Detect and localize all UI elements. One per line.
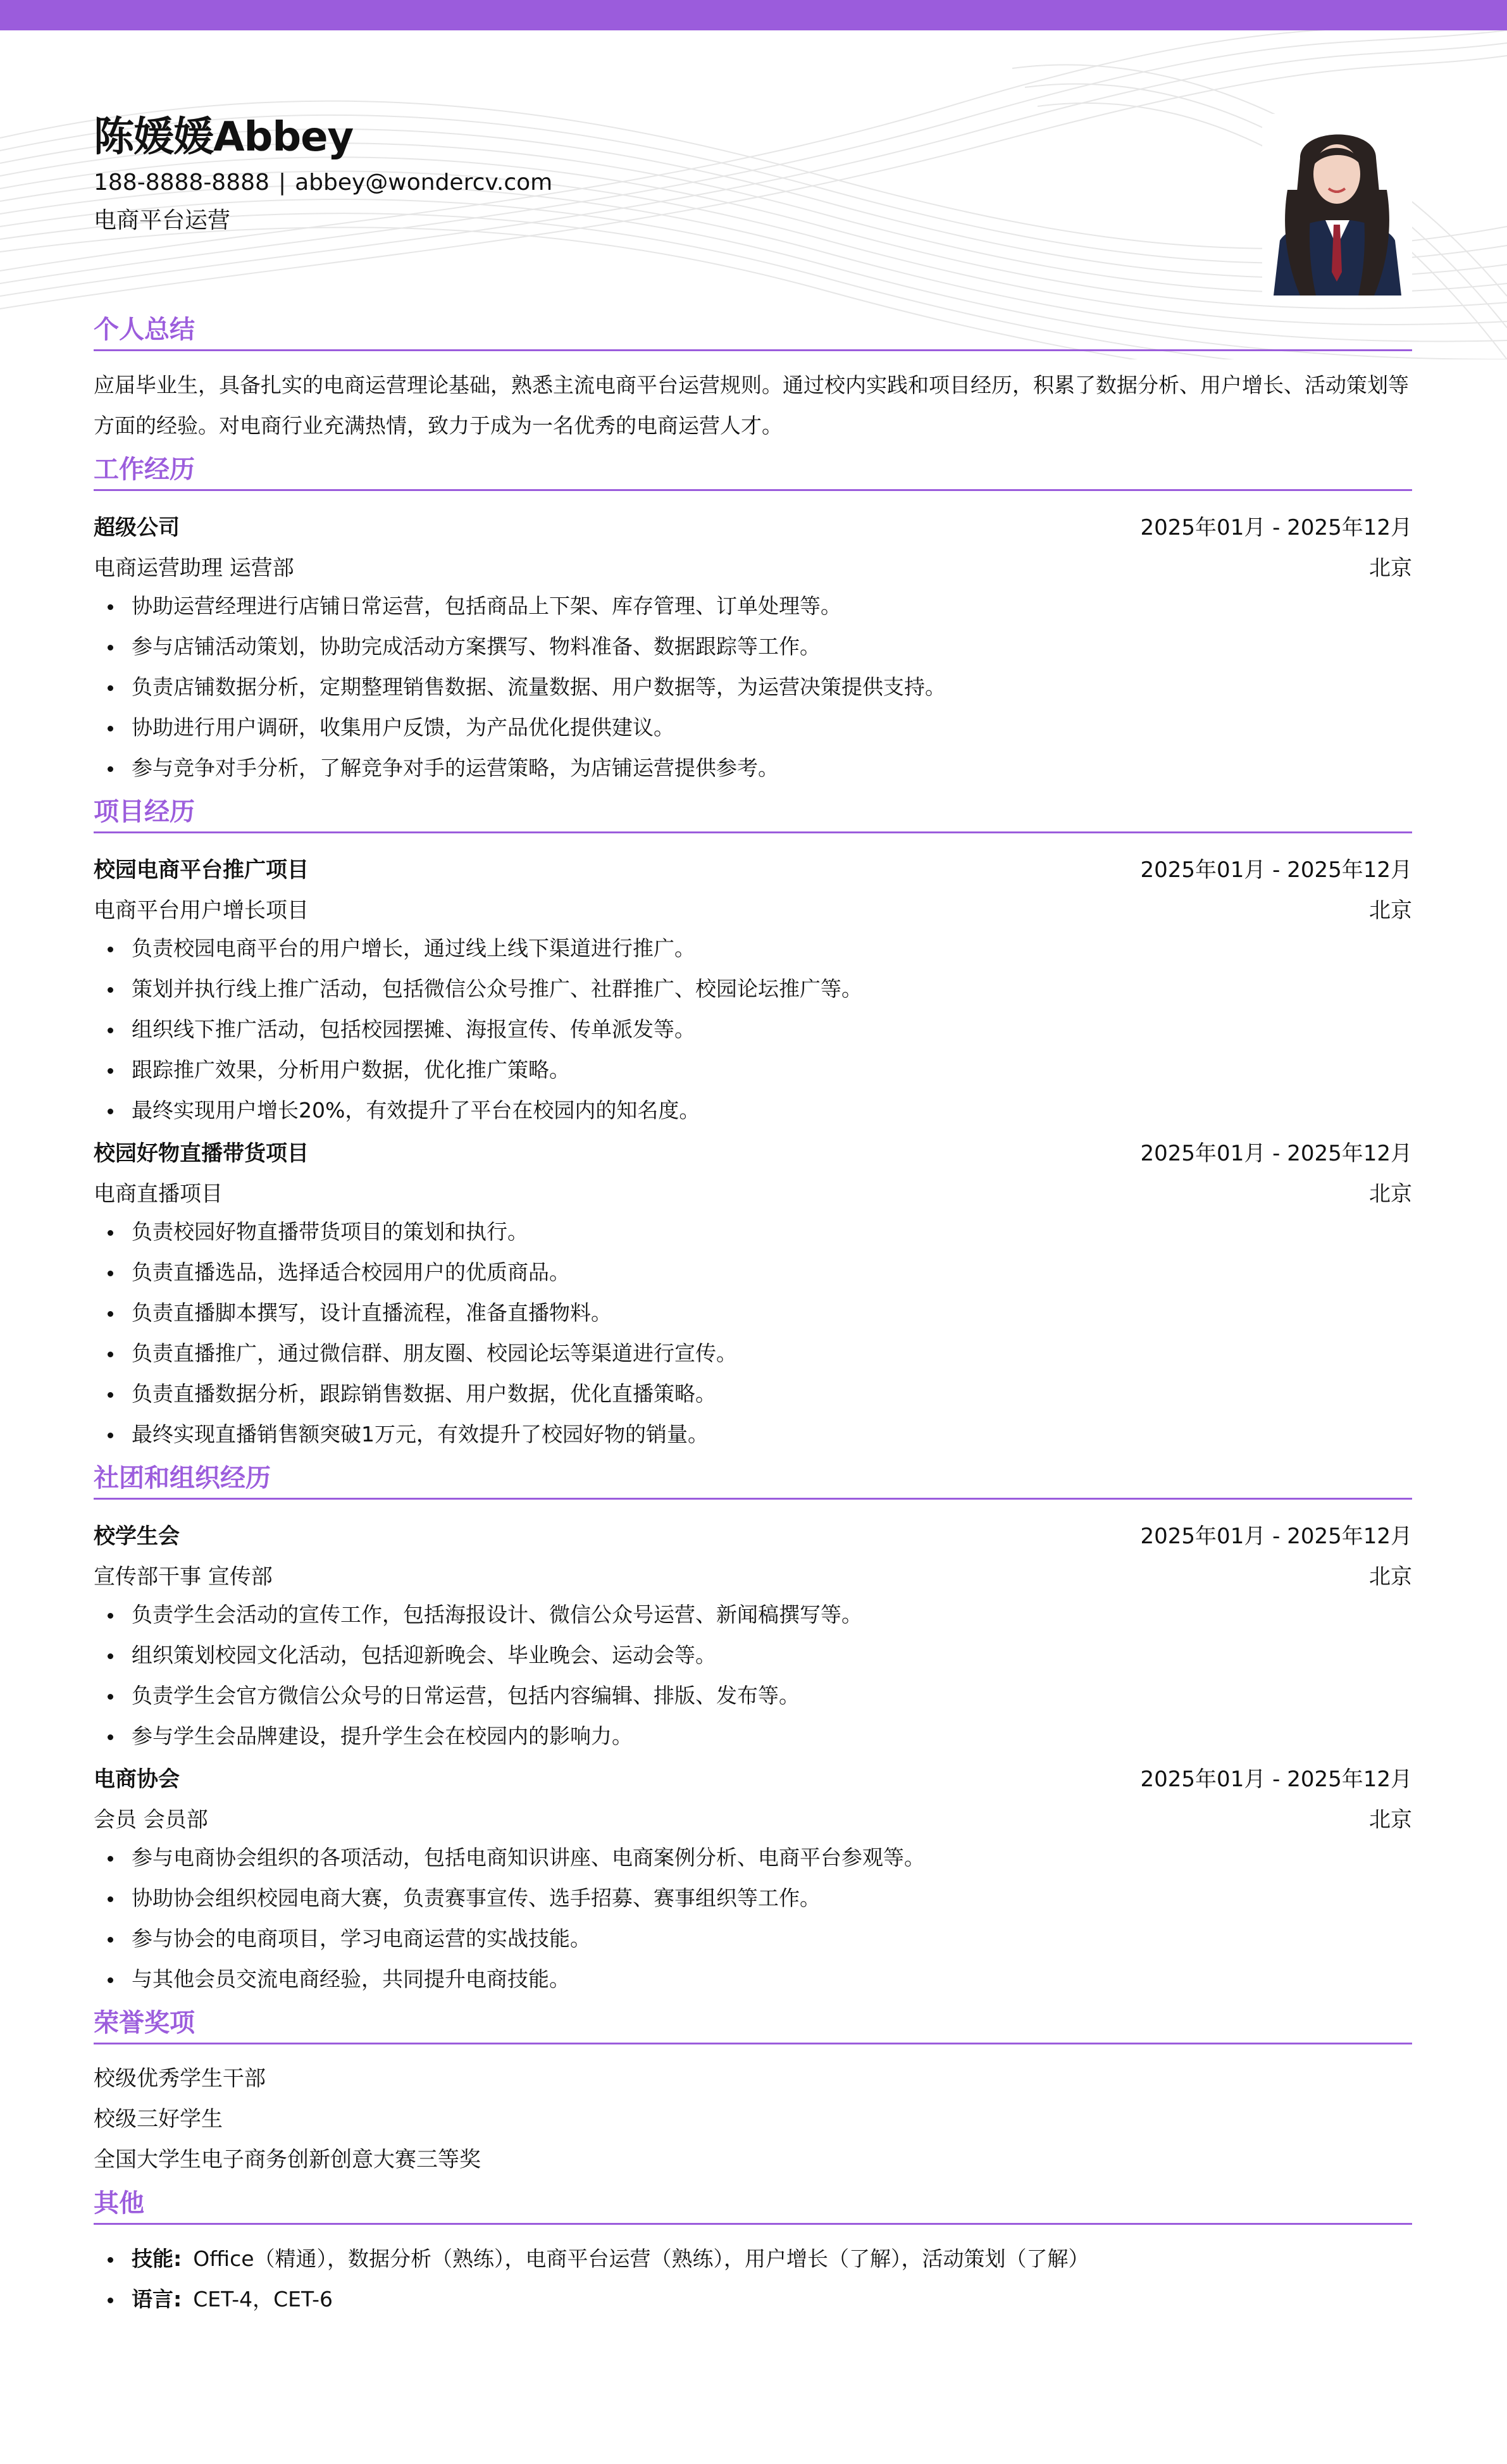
entry-bullets: 参与电商协会组织的各项活动，包括电商知识讲座、电商案例分析、电商平台参观等。 协…: [94, 1838, 1412, 2000]
bullet-item: 负责校园电商平台的用户增长，通过线上线下渠道进行推广。: [94, 928, 1412, 969]
entry-organization: 超级公司: [94, 510, 180, 541]
languages-item: 语言:CET-4，CET-6: [94, 2279, 1412, 2320]
section-divider: [94, 1498, 1412, 1500]
section-title: 个人总结: [94, 310, 1412, 349]
section-clubs: 社团和组织经历 校学生会2025年01月 - 2025年12月 宣传部干事 宣传…: [94, 1459, 1412, 2000]
entry-role: 电商直播项目: [94, 1176, 223, 1207]
award-item: 校级三好学生: [94, 2099, 1412, 2139]
section-title: 项目经历: [94, 792, 1412, 831]
other-list: 技能:Office（精通），数据分析（熟练），电商平台运营（熟练），用户增长（了…: [94, 2239, 1412, 2320]
award-item: 校级优秀学生干部: [94, 2058, 1412, 2099]
entry-organization: 校园好物直播带货项目: [94, 1136, 309, 1167]
entry-location: 北京: [1369, 1559, 1412, 1590]
entry-bullets: 负责校园电商平台的用户增长，通过线上线下渠道进行推广。 策划并执行线上推广活动，…: [94, 928, 1412, 1131]
entry-location: 北京: [1369, 893, 1412, 924]
bullet-item: 组织策划校园文化活动，包括迎新晚会、毕业晚会、运动会等。: [94, 1635, 1412, 1676]
languages-label: 语言:: [132, 2287, 182, 2312]
skills-label: 技能:: [132, 2246, 182, 2271]
entry-location: 北京: [1369, 1176, 1412, 1207]
entry-date: 2025年01月 - 2025年12月: [1141, 1762, 1412, 1793]
candidate-name: 陈媛媛Abbey: [94, 104, 353, 163]
award-item: 全国大学生电子商务创新创意大赛三等奖: [94, 2139, 1412, 2180]
bullet-item: 负责学生会官方微信公众号的日常运营，包括内容编辑、排版、发布等。: [94, 1676, 1412, 1716]
summary-text: 应届毕业生，具备扎实的电商运营理论基础，熟悉主流电商平台运营规则。通过校内实践和…: [94, 365, 1412, 446]
entry-date: 2025年01月 - 2025年12月: [1141, 1519, 1412, 1550]
club-entry: 电商协会2025年01月 - 2025年12月 会员 会员部北京 参与电商协会组…: [94, 1757, 1412, 2000]
bullet-item: 组织线下推广活动，包括校园摆摊、海报宣传、传单派发等。: [94, 1009, 1412, 1050]
bullet-item: 协助进行用户调研，收集用户反馈，为产品优化提供建议。: [94, 707, 1412, 748]
bullet-item: 负责学生会活动的宣传工作，包括海报设计、微信公众号运营、新闻稿撰写等。: [94, 1595, 1412, 1635]
skills-value: Office（精通），数据分析（熟练），电商平台运营（熟练），用户增长（了解），…: [193, 2246, 1089, 2271]
section-summary: 个人总结 应届毕业生，具备扎实的电商运营理论基础，熟悉主流电商平台运营规则。通过…: [94, 310, 1412, 446]
section-projects: 项目经历 校园电商平台推广项目2025年01月 - 2025年12月 电商平台用…: [94, 792, 1412, 1455]
resume-page: 陈媛媛Abbey 188-8888-8888|abbey@wondercv.co…: [94, 0, 1412, 2320]
target-position: 电商平台运营: [94, 202, 230, 235]
bullet-item: 协助协会组织校园电商大赛，负责赛事宣传、选手招募、赛事组织等工作。: [94, 1878, 1412, 1919]
skills-item: 技能:Office（精通），数据分析（熟练），电商平台运营（熟练），用户增长（了…: [94, 2239, 1412, 2279]
portrait-image: [1262, 114, 1412, 296]
bullet-item: 协助运营经理进行店铺日常运营，包括商品上下架、库存管理、订单处理等。: [94, 586, 1412, 626]
section-divider: [94, 2223, 1412, 2225]
entry-date: 2025年01月 - 2025年12月: [1141, 510, 1412, 541]
section-title: 社团和组织经历: [94, 1459, 1412, 1498]
section-title: 工作经历: [94, 450, 1412, 489]
entry-bullets: 协助运营经理进行店铺日常运营，包括商品上下架、库存管理、订单处理等。 参与店铺活…: [94, 586, 1412, 788]
entry-role: 电商运营助理 运营部: [94, 551, 294, 582]
entry-role: 宣传部干事 宣传部: [94, 1559, 273, 1590]
bullet-item: 负责直播脚本撰写，设计直播流程，准备直播物料。: [94, 1293, 1412, 1333]
work-entry: 超级公司2025年01月 - 2025年12月 电商运营助理 运营部北京 协助运…: [94, 505, 1412, 788]
phone-number: 188-8888-8888: [94, 170, 270, 196]
contact-line: 188-8888-8888|abbey@wondercv.com: [94, 170, 552, 196]
bullet-item: 参与协会的电商项目，学习电商运营的实战技能。: [94, 1919, 1412, 1959]
bullet-item: 与其他会员交流电商经验，共同提升电商技能。: [94, 1959, 1412, 2000]
section-other: 其他 技能:Office（精通），数据分析（熟练），电商平台运营（熟练），用户增…: [94, 2184, 1412, 2320]
entry-date: 2025年01月 - 2025年12月: [1141, 1136, 1412, 1167]
bullet-item: 跟踪推广效果，分析用户数据，优化推广策略。: [94, 1050, 1412, 1090]
entry-bullets: 负责学生会活动的宣传工作，包括海报设计、微信公众号运营、新闻稿撰写等。 组织策划…: [94, 1595, 1412, 1757]
profile-photo: [1262, 114, 1412, 296]
bullet-item: 参与店铺活动策划，协助完成活动方案撰写、物料准备、数据跟踪等工作。: [94, 626, 1412, 667]
project-entry: 校园电商平台推广项目2025年01月 - 2025年12月 电商平台用户增长项目…: [94, 847, 1412, 1131]
club-entry: 校学生会2025年01月 - 2025年12月 宣传部干事 宣传部北京 负责学生…: [94, 1514, 1412, 1757]
bullet-item: 负责直播数据分析，跟踪销售数据、用户数据，优化直播策略。: [94, 1374, 1412, 1414]
bullet-item: 参与竞争对手分析，了解竞争对手的运营策略，为店铺运营提供参考。: [94, 748, 1412, 788]
bullet-item: 负责店铺数据分析，定期整理销售数据、流量数据、用户数据等，为运营决策提供支持。: [94, 667, 1412, 707]
bullet-item: 负责直播推广，通过微信群、朋友圈、校园论坛等渠道进行宣传。: [94, 1333, 1412, 1374]
entry-location: 北京: [1369, 551, 1412, 582]
section-title: 荣誉奖项: [94, 2003, 1412, 2043]
entry-organization: 电商协会: [94, 1762, 180, 1793]
entry-role: 会员 会员部: [94, 1802, 208, 1833]
section-divider: [94, 489, 1412, 491]
bullet-item: 参与电商协会组织的各项活动，包括电商知识讲座、电商案例分析、电商平台参观等。: [94, 1838, 1412, 1878]
resume-header: 陈媛媛Abbey 188-8888-8888|abbey@wondercv.co…: [94, 0, 1412, 310]
bullet-item: 最终实现直播销售额突破1万元，有效提升了校园好物的销量。: [94, 1414, 1412, 1455]
bullet-item: 负责校园好物直播带货项目的策划和执行。: [94, 1212, 1412, 1252]
bullet-item: 参与学生会品牌建设，提升学生会在校园内的影响力。: [94, 1716, 1412, 1757]
bullet-item: 负责直播选品，选择适合校园用户的优质商品。: [94, 1252, 1412, 1293]
email-address: abbey@wondercv.com: [295, 170, 552, 196]
section-work-experience: 工作经历 超级公司2025年01月 - 2025年12月 电商运营助理 运营部北…: [94, 450, 1412, 788]
section-divider: [94, 831, 1412, 833]
section-awards: 荣誉奖项 校级优秀学生干部 校级三好学生 全国大学生电子商务创新创意大赛三等奖: [94, 2003, 1412, 2180]
section-title: 其他: [94, 2184, 1412, 2223]
entry-location: 北京: [1369, 1802, 1412, 1833]
section-divider: [94, 2043, 1412, 2044]
entry-organization: 校学生会: [94, 1519, 180, 1550]
languages-value: CET-4，CET-6: [193, 2287, 333, 2312]
entry-bullets: 负责校园好物直播带货项目的策划和执行。 负责直播选品，选择适合校园用户的优质商品…: [94, 1212, 1412, 1455]
bullet-item: 最终实现用户增长20%，有效提升了平台在校园内的知名度。: [94, 1090, 1412, 1131]
project-entry: 校园好物直播带货项目2025年01月 - 2025年12月 电商直播项目北京 负…: [94, 1131, 1412, 1455]
entry-organization: 校园电商平台推广项目: [94, 852, 309, 883]
entry-role: 电商平台用户增长项目: [94, 893, 309, 924]
entry-date: 2025年01月 - 2025年12月: [1141, 852, 1412, 883]
bullet-item: 策划并执行线上推广活动，包括微信公众号推广、社群推广、校园论坛推广等。: [94, 969, 1412, 1009]
contact-separator: |: [278, 170, 286, 196]
section-divider: [94, 349, 1412, 351]
